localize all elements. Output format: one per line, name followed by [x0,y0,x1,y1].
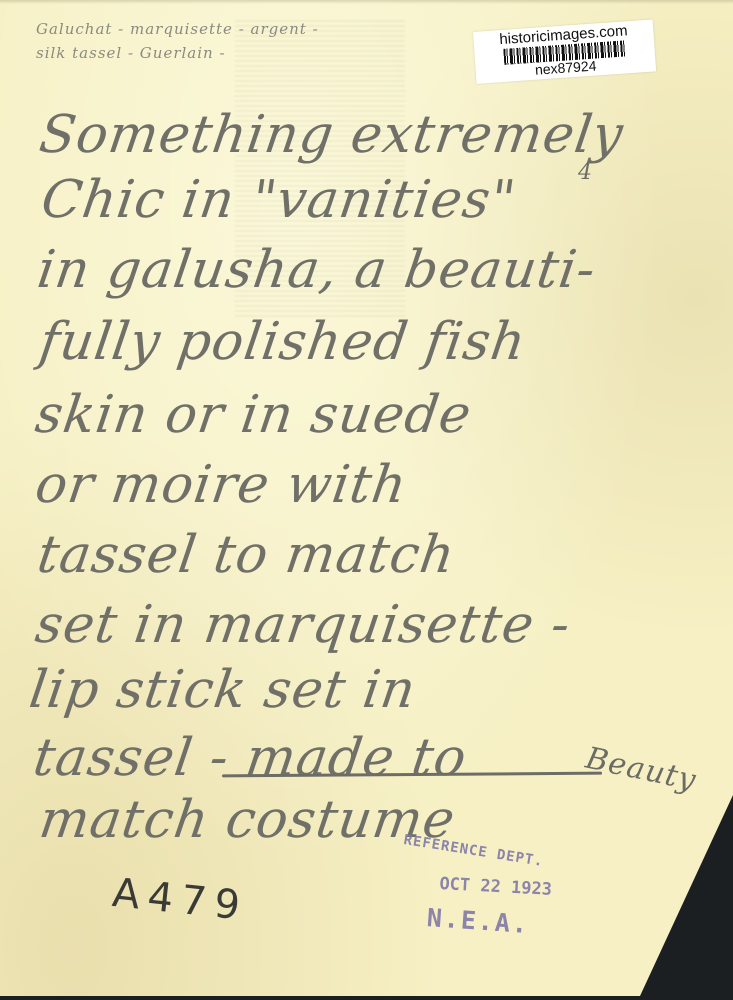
handwritten-line-5: skin or in suede [32,385,476,445]
handwritten-line-3: in galusha, a beauti- [34,240,600,300]
handwritten-line-10: tassel - made to [30,728,471,788]
handwritten-line-4: fully polished fish [36,312,530,372]
handwritten-line-7: tassel to match [34,525,459,585]
top-note-line-2: silk tassel - Guerlain - [36,44,226,62]
top-note-line-1: Galuchat - marquisette - argent - [36,20,319,38]
margin-mark-number: 4 [578,160,593,185]
margin-mark-beauty: Beauty [583,741,700,799]
handwritten-line-1: Something extremely [36,105,627,165]
scanned-page: Galuchat - marquisette - argent - silk t… [0,0,733,1000]
stamp-date: OCT 22 1923 [439,874,552,900]
stamp-organization: N.E.A. [426,903,530,939]
handwritten-line-9: lip stick set in [26,660,420,720]
handwritten-line-11: match costume [36,790,459,850]
paper-sheet: Galuchat - marquisette - argent - silk t… [0,0,733,996]
handwritten-line-6: or moire with [32,455,411,515]
catalog-number: A479 [110,870,250,930]
stamp-department: REFERENCE DEPT. [402,832,544,870]
handwritten-line-8: set in marquisette - [32,595,575,655]
handwritten-line-2: Chic in "vanities" [38,170,520,230]
